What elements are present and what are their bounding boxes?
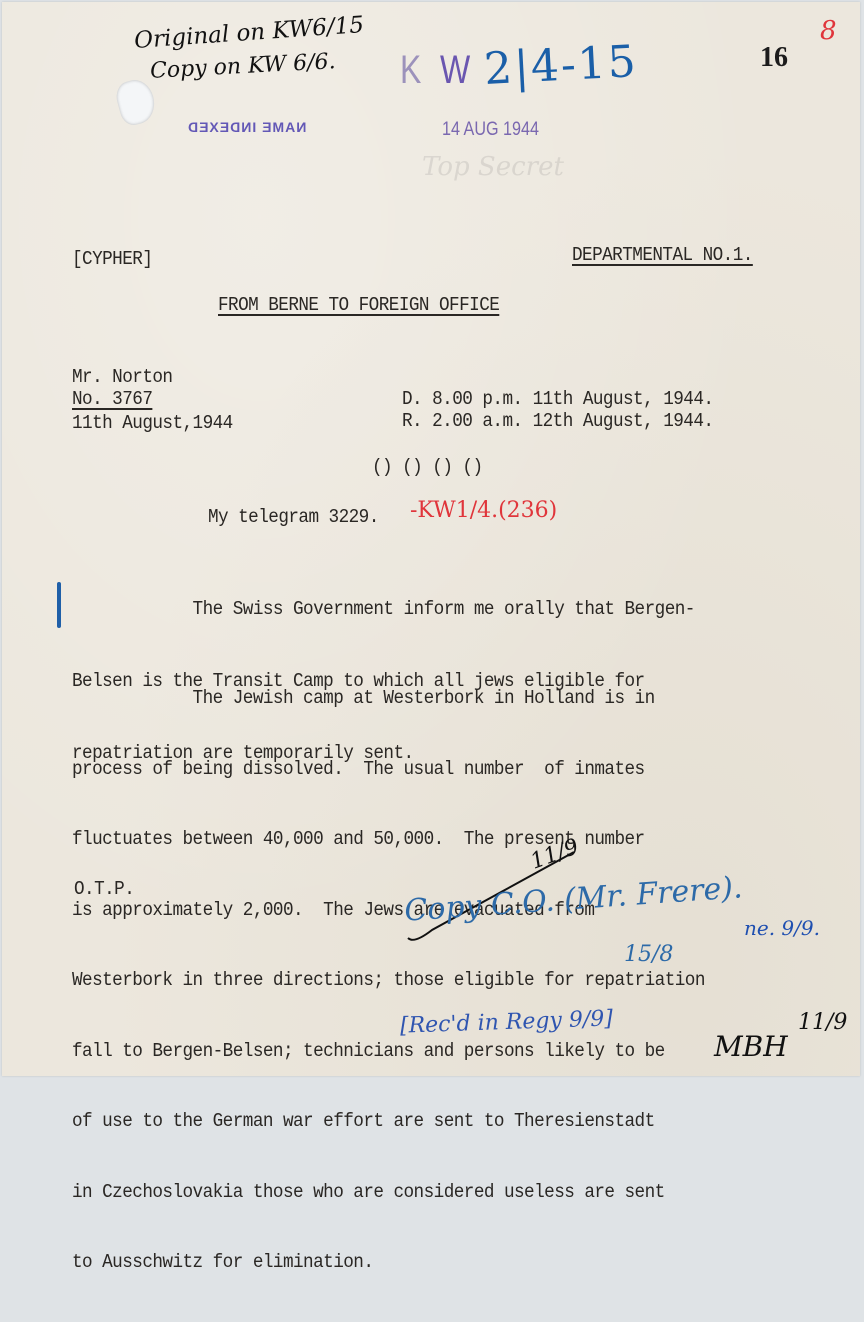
despatched-time: D. 8.00 p.m. 11th August, 1944. xyxy=(402,388,713,410)
paragraph-line: The Swiss Government inform me orally th… xyxy=(72,597,816,621)
sender-date: 11th August,1944 xyxy=(72,412,233,434)
paragraph-line: fall to Bergen-Belsen; technicians and p… xyxy=(72,1040,816,1064)
handwritten-copy-note: Copy on KW 6/6. xyxy=(149,49,336,84)
document-title: FROM BERNE TO FOREIGN OFFICE xyxy=(218,294,499,316)
closing-otp: O.T.P. xyxy=(74,878,134,900)
paragraph-line: Westerbork in three directions; those el… xyxy=(72,969,816,993)
separator-marks: () () () () xyxy=(372,456,483,478)
reference-line: My telegram 3229. xyxy=(208,506,379,528)
document-page: Original on KW6/15 Copy on KW 6/6. K W 2… xyxy=(2,2,860,1076)
show-through-text: Top Secret xyxy=(422,152,564,182)
annotation-signature-date: 11/9 xyxy=(798,1010,847,1035)
reference-annotation-red: -KW1/4.(236) xyxy=(410,498,557,523)
handwritten-original-note: Original on KW6/15 xyxy=(133,12,364,54)
paragraph-line: process of being dissolved. The usual nu… xyxy=(72,758,816,782)
sender-number: No. 3767 xyxy=(72,388,152,410)
classification-label: [CYPHER] xyxy=(72,248,152,270)
punch-hole xyxy=(113,76,159,128)
annotation-initials-date: 15/8 xyxy=(624,942,673,967)
reference-handwritten-number: 2|4-15 xyxy=(483,36,639,95)
date-stamp: 14 AUG 1944 xyxy=(442,119,539,141)
reference-stamp-k: K xyxy=(400,48,421,93)
reference-stamp-w: W xyxy=(440,48,470,93)
received-time: R. 2.00 a.m. 12th August, 1944. xyxy=(402,410,713,432)
annotation-initials-note: ne. 9/9. xyxy=(744,916,820,940)
paragraph-line: The Jewish camp at Westerbork in Holland… xyxy=(72,687,816,711)
sender-name: Mr. Norton xyxy=(72,366,172,388)
name-indexed-stamp: NAME INDEXED xyxy=(187,119,306,135)
margin-mark xyxy=(57,582,61,628)
folio-number-red: 8 xyxy=(820,16,837,46)
folio-number: 16 xyxy=(760,42,788,74)
annotation-signature: MBH xyxy=(714,1030,788,1063)
department-label: DEPARTMENTAL NO.1. xyxy=(572,244,753,266)
